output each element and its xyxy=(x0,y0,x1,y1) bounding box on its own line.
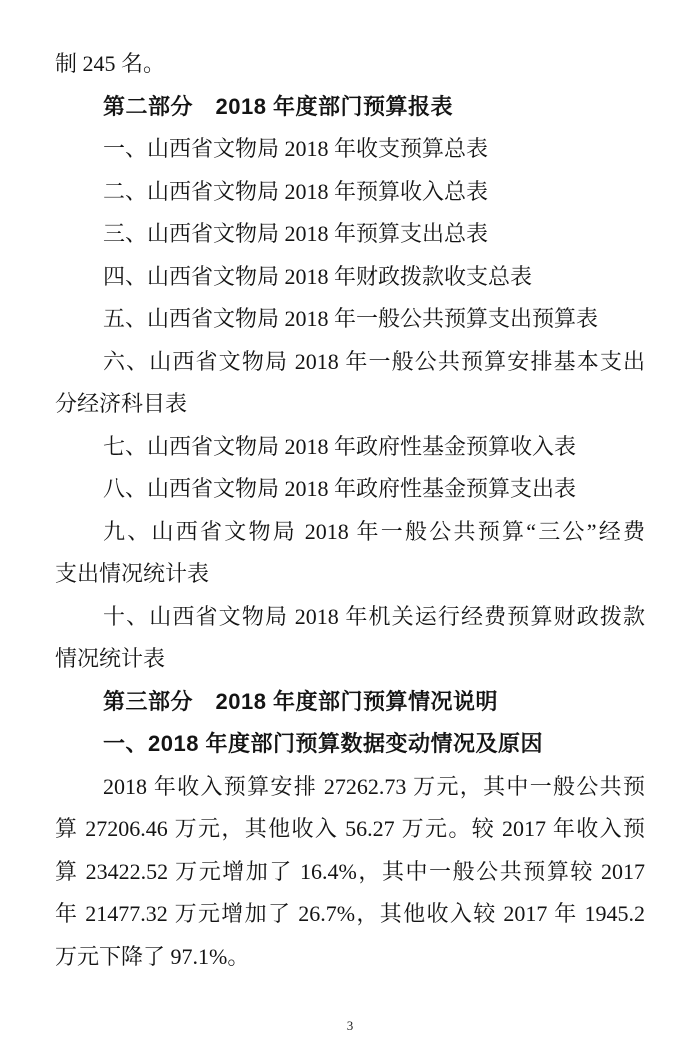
toc-item-4: 四、山西省文物局 2018 年财政拨款收支总表 xyxy=(55,256,645,299)
subsection-1-heading: 一、2018 年度部门预算数据变动情况及原因 xyxy=(55,723,645,766)
document-content: 制 245 名。 第二部分 2018 年度部门预算报表 一、山西省文物局 201… xyxy=(55,43,645,978)
toc-item-5: 五、山西省文物局 2018 年一般公共预算支出预算表 xyxy=(55,298,645,341)
toc-item-8: 八、山西省文物局 2018 年政府性基金预算支出表 xyxy=(55,468,645,511)
toc-item-1: 一、山西省文物局 2018 年收支预算总表 xyxy=(55,128,645,171)
toc-item-9: 九、山西省文物局 2018 年一般公共预算“三公”经费 xyxy=(55,511,645,554)
toc-item-7: 七、山西省文物局 2018 年政府性基金预算收入表 xyxy=(55,426,645,469)
toc-item-9-continuation: 支出情况统计表 xyxy=(55,553,645,596)
body-paragraph-line-1: 2018 年收入预算安排 27262.73 万元，其中一般公共预 xyxy=(55,766,645,809)
page-number: 3 xyxy=(0,1015,700,1037)
toc-item-3: 三、山西省文物局 2018 年预算支出总表 xyxy=(55,213,645,256)
toc-item-10-continuation: 情况统计表 xyxy=(55,638,645,681)
body-paragraph-line-5: 万元下降了 97.1%。 xyxy=(55,936,645,979)
toc-item-6-continuation: 分经济科目表 xyxy=(55,383,645,426)
toc-item-10: 十、山西省文物局 2018 年机关运行经费预算财政拨款 xyxy=(55,596,645,639)
part2-heading: 第二部分 2018 年度部门预算报表 xyxy=(55,86,645,129)
body-paragraph-line-3: 算 23422.52 万元增加了 16.4%，其中一般公共预算较 2017 xyxy=(55,851,645,894)
toc-item-2: 二、山西省文物局 2018 年预算收入总表 xyxy=(55,171,645,214)
paragraph-continuation: 制 245 名。 xyxy=(55,43,645,86)
part3-heading: 第三部分 2018 年度部门预算情况说明 xyxy=(55,681,645,724)
document-page: 制 245 名。 第二部分 2018 年度部门预算报表 一、山西省文物局 201… xyxy=(0,0,700,1050)
body-paragraph-line-2: 算 27206.46 万元，其他收入 56.27 万元。较 2017 年收入预 xyxy=(55,808,645,851)
toc-item-6: 六、山西省文物局 2018 年一般公共预算安排基本支出 xyxy=(55,341,645,384)
body-paragraph-line-4: 年 21477.32 万元增加了 26.7%，其他收入较 2017 年 1945… xyxy=(55,893,645,936)
